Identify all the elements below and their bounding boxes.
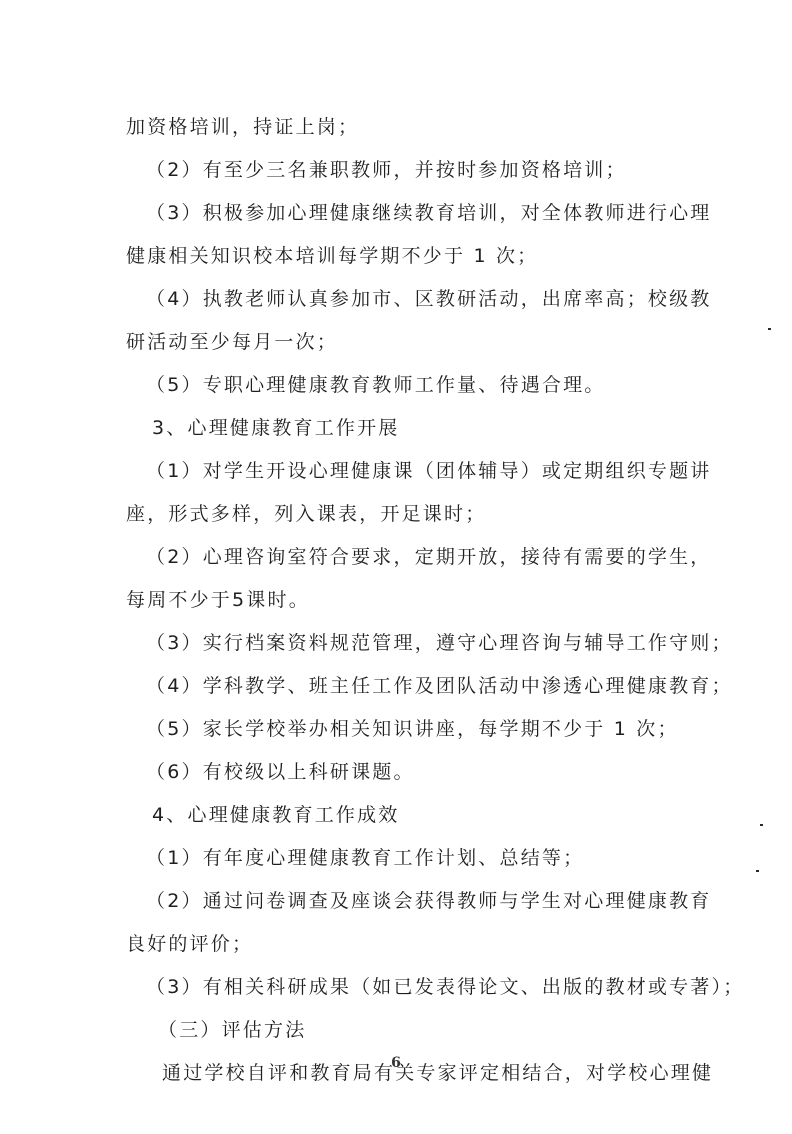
text-line: 研活动至少每月一次；: [126, 330, 674, 354]
text-line: （1）对学生开设心理健康课（团体辅导）或定期组织专题讲: [146, 459, 694, 483]
text-line: （2）心理咨询室符合要求，定期开放，接待有需要的学生，: [146, 545, 694, 569]
text-line: 座，形式多样，列入课表，开足课时；: [126, 502, 674, 526]
text-line: 3、心理健康教育工作开展: [152, 416, 700, 440]
page-number: 6: [389, 1055, 403, 1071]
text-line: （4）学科教学、班主任工作及团队活动中渗透心理健康教育；: [146, 674, 694, 698]
text-line: （6）有校级以上科研课题。: [146, 760, 694, 784]
document-page: 加资格培训，持证上岗；（2）有至少三名兼职教师，并按时参加资格培训；（3）积极参…: [0, 0, 792, 1134]
text-line: 4、心理健康教育工作成效: [152, 803, 700, 827]
text-line: （2）有至少三名兼职教师，并按时参加资格培训；: [146, 158, 694, 182]
text-line: （3）实行档案资料规范管理，遵守心理咨询与辅导工作守则；: [146, 631, 694, 655]
text-line: （3）积极参加心理健康继续教育培训，对全体教师进行心理: [146, 201, 694, 225]
text-line: （5）家长学校举办相关知识讲座，每学期不少于 1 次；: [146, 717, 694, 741]
text-line: （5）专职心理健康教育教师工作量、待遇合理。: [146, 373, 694, 397]
text-line: （1）有年度心理健康教育工作计划、总结等；: [146, 846, 694, 870]
text-line: 加资格培训，持证上岗；: [126, 115, 674, 139]
scan-artifact-mark: [768, 328, 771, 330]
text-line: （4）执教老师认真参加市、区教研活动，出席率高；校级教: [146, 287, 694, 311]
text-line: 每周不少于5课时。: [126, 588, 674, 612]
text-line: 良好的评价；: [126, 932, 674, 956]
text-line: 通过学校自评和教育局有关专家评定相结合，对学校心理健: [162, 1061, 710, 1085]
scan-artifact-mark: [760, 824, 763, 826]
text-line: （三）评估方法: [158, 1018, 706, 1042]
text-line: 健康相关知识校本培训每学期不少于 1 次；: [126, 244, 674, 268]
text-line: （2）通过问卷调查及座谈会获得教师与学生对心理健康教育: [146, 889, 694, 913]
text-line: （3）有相关科研成果（如已发表得论文、出版的教材或专著）；: [146, 975, 694, 999]
scan-artifact-mark: [756, 870, 759, 872]
